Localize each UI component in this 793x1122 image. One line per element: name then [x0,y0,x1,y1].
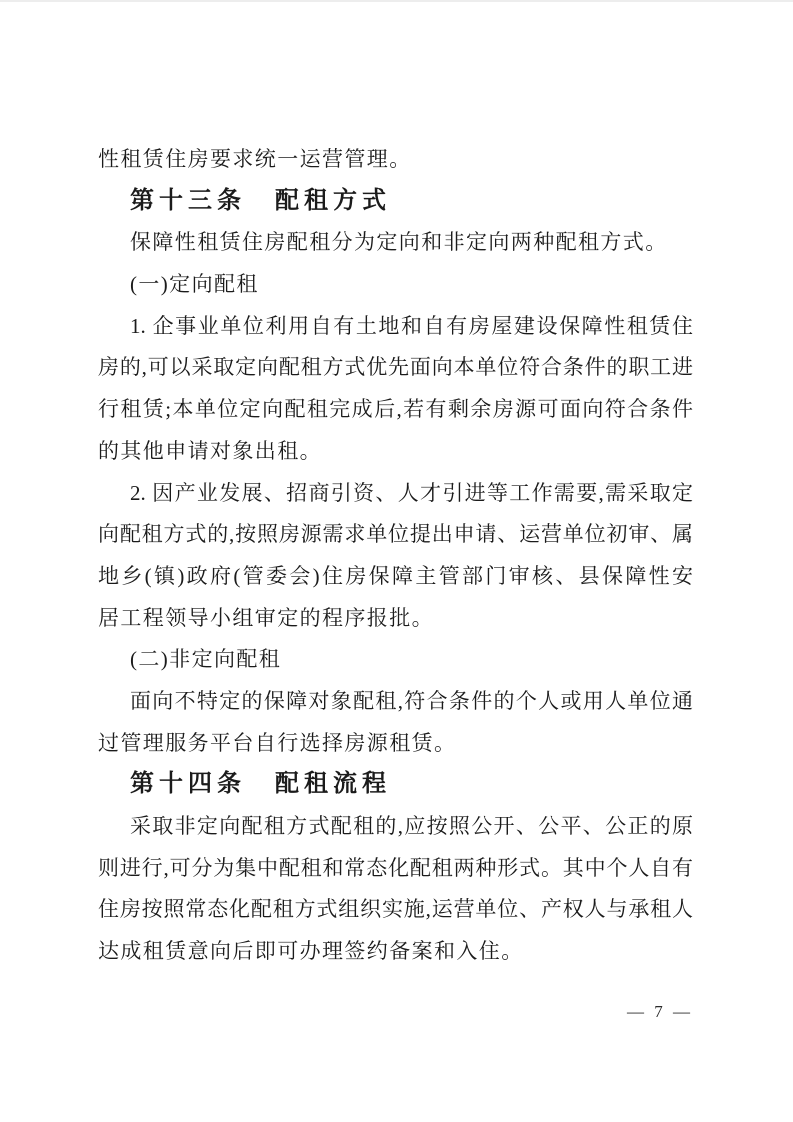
article-13-heading: 第十三条 配租方式 [98,181,693,223]
document-page: 性租赁住房要求统一运营管理。 第十三条 配租方式 保障性租赁住房配租分为定向和非… [0,0,793,1122]
article-14-heading: 第十四条 配租流程 [98,764,693,806]
page-number: — 7 — [627,1002,693,1022]
body-text-line: 性租赁住房要求统一运营管理。 [98,139,693,181]
body-text-line: 房的,可以采取定向配租方式优先面向本单位符合条件的职工进 [98,347,693,389]
body-text-line: 的其他申请对象出租。 [98,431,693,473]
body-text-line: 面向不特定的保障对象配租,符合条件的个人或用人单位通 [98,681,693,723]
body-text-line: 采取非定向配租方式配租的,应按照公开、公平、公正的原 [98,806,693,848]
body-text-line: 则进行,可分为集中配租和常态化配租两种形式。其中个人自有 [98,848,693,890]
body-text-line: 向配租方式的,按照房源需求单位提出申请、运营单位初审、属 [98,514,693,556]
body-text-line: 2. 因产业发展、招商引资、人才引进等工作需要,需采取定 [98,473,693,515]
body-text-line: 保障性租赁住房配租分为定向和非定向两种配租方式。 [98,222,693,264]
body-text-line: 达成租赁意向后即可办理签约备案和入住。 [98,931,693,973]
body-text-line: 地乡(镇)政府(管委会)住房保障主管部门审核、县保障性安 [98,556,693,598]
body-text-line: 行租赁;本单位定向配租完成后,若有剩余房源可面向符合条件 [98,389,693,431]
body-text-line: (二)非定向配租 [98,639,693,681]
page-body: 性租赁住房要求统一运营管理。 第十三条 配租方式 保障性租赁住房配租分为定向和非… [98,139,693,973]
body-text-line: 居工程领导小组审定的程序报批。 [98,598,693,640]
body-text-line: 1. 企事业单位利用自有土地和自有房屋建设保障性租赁住 [98,306,693,348]
body-text-line: 过管理服务平台自行选择房源租赁。 [98,723,693,765]
body-text-line: 住房按照常态化配租方式组织实施,运营单位、产权人与承租人 [98,889,693,931]
body-text-line: (一)定向配租 [98,264,693,306]
